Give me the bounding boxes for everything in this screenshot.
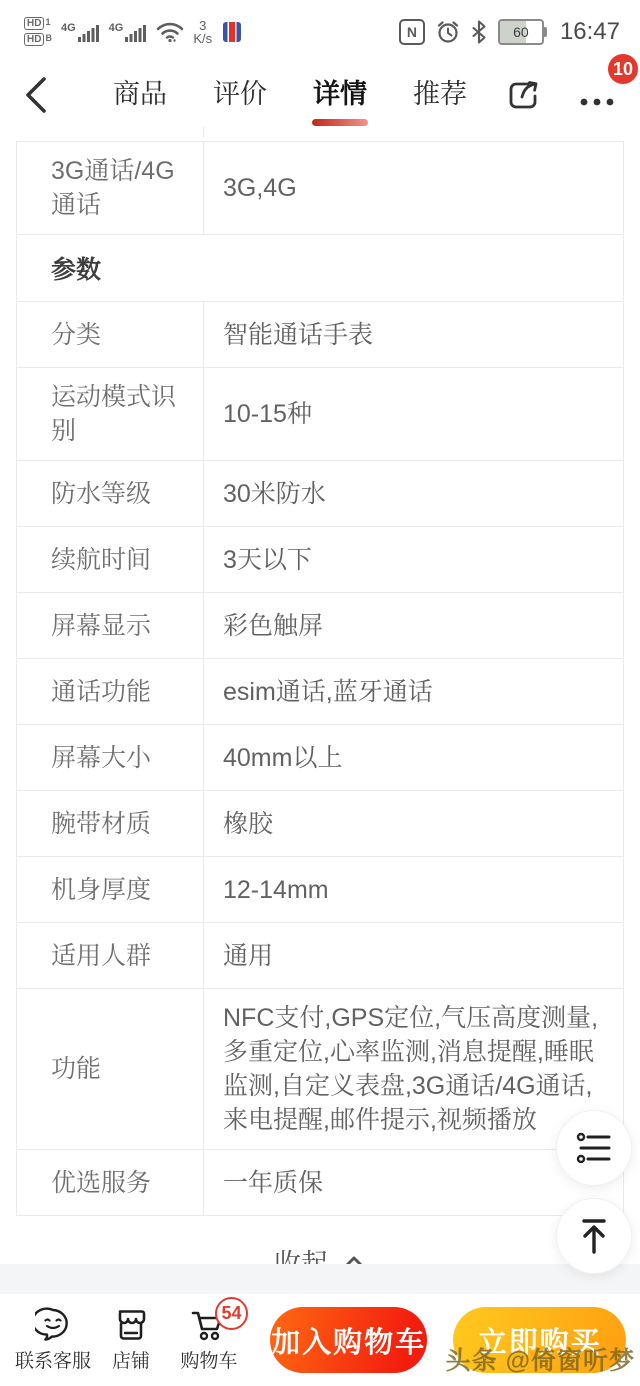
spec-label: 续航时间 (17, 527, 204, 592)
wifi-icon (156, 21, 184, 43)
spec-list-icon (576, 1131, 612, 1165)
table-row: 分类智能通话手表 (17, 301, 623, 367)
table-row: 优选服务一年质保 (17, 1149, 623, 1215)
spec-list-fab[interactable] (556, 1110, 632, 1186)
spec-label: 3G通话/4G通话 (17, 142, 204, 234)
spec-value: 橡胶 (204, 791, 623, 856)
spec-label: 适用人群 (17, 923, 204, 988)
speed-unit: K/s (193, 32, 212, 45)
signal-sim2-icon: 4G (109, 22, 148, 42)
back-chevron-icon (20, 74, 50, 116)
clock-time: 16:47 (560, 18, 620, 46)
back-to-top-icon (576, 1217, 612, 1255)
spec-label: 优选服务 (17, 1150, 204, 1215)
spec-value: 3G,4G (204, 142, 623, 234)
spec-label: 功能 (17, 989, 204, 1149)
active-tab-underline (312, 119, 368, 126)
spec-value: 40mm以上 (204, 725, 623, 790)
hd1-sub: 1 (45, 17, 50, 27)
nav-bar: 商品 评价 详情 推荐 10 (0, 59, 640, 131)
shop-label: 店铺 (112, 1346, 150, 1373)
customer-service-icon (35, 1307, 71, 1343)
table-row: 屏幕大小40mm以上 (17, 724, 623, 790)
signal-bars-icon (78, 22, 100, 42)
battery-level: 60 (513, 24, 529, 40)
tab-reviews[interactable]: 评价 (213, 77, 267, 113)
table-divider-remnant (203, 127, 204, 137)
spec-value: 通用 (204, 923, 623, 988)
back-button[interactable] (20, 74, 78, 116)
spec-label: 通话功能 (17, 659, 204, 724)
alarm-icon (436, 20, 460, 44)
table-row: 功能NFC支付,GPS定位,气压高度测量,多重定位,心率监测,消息提醒,睡眠监测… (17, 988, 623, 1149)
tab-details[interactable]: 详情 (313, 77, 367, 113)
spec-label: 运动模式识别 (17, 368, 204, 460)
shop-button[interactable]: 店铺 (92, 1307, 170, 1373)
spec-value: 彩色触屏 (204, 593, 623, 658)
bluetooth-icon (471, 20, 487, 44)
shop-icon (113, 1307, 149, 1343)
spec-table: 3G通话/4G通话3G,4G参数分类智能通话手表运动模式识别10-15种防水等级… (16, 141, 624, 1216)
hd2-sub: B (45, 33, 52, 43)
spec-label: 防水等级 (17, 461, 204, 526)
table-row: 续航时间3天以下 (17, 526, 623, 592)
page-background-strip (0, 1264, 640, 1294)
table-row: 3G通话/4G通话3G,4G (17, 142, 623, 234)
signal-bars-icon (125, 22, 147, 42)
table-row: 运动模式识别10-15种 (17, 367, 623, 460)
table-row: 防水等级30米防水 (17, 460, 623, 526)
watermark-text: 头条 @倚窗听梦 (446, 1341, 635, 1377)
more-button[interactable]: 10 (576, 74, 620, 116)
status-bar: HD1 HDB 4G 4G (0, 0, 640, 59)
hd2-icon: HD (24, 33, 44, 46)
tab-product[interactable]: 商品 (113, 77, 167, 113)
spec-value: NFC支付,GPS定位,气压高度测量,多重定位,心率监测,消息提醒,睡眠监测,自… (204, 989, 623, 1149)
add-to-cart-button[interactable]: 加入购物车 (270, 1307, 427, 1373)
volte-hd-icon: HD1 HDB (24, 17, 52, 46)
contact-service-label: 联系客服 (15, 1346, 91, 1373)
table-row: 适用人群通用 (17, 922, 623, 988)
table-row: 机身厚度12-14mm (17, 856, 623, 922)
nfc-icon: N (399, 19, 425, 45)
spec-label: 腕带材质 (17, 791, 204, 856)
back-to-top-fab[interactable] (556, 1198, 632, 1274)
table-row: 屏幕显示彩色触屏 (17, 592, 623, 658)
hd1-icon: HD (24, 17, 44, 30)
signal-sim1-icon: 4G (61, 22, 100, 42)
share-icon[interactable] (502, 74, 544, 116)
spec-label: 机身厚度 (17, 857, 204, 922)
nav-tabs: 商品 评价 详情 推荐 (78, 77, 502, 113)
spec-value: 12-14mm (204, 857, 623, 922)
network-speed: 3 K/s (193, 19, 212, 45)
spec-label: 屏幕大小 (17, 725, 204, 790)
spec-value: 30米防水 (204, 461, 623, 526)
status-app-icon (223, 22, 241, 42)
cart-label: 购物车 (180, 1346, 237, 1373)
contact-service-button[interactable]: 联系客服 (14, 1307, 92, 1373)
spec-value: 3天以下 (204, 527, 623, 592)
tab-recommend[interactable]: 推荐 (413, 77, 467, 113)
notification-badge: 10 (608, 54, 638, 84)
battery-icon: 60 (498, 19, 547, 45)
spec-label: 屏幕显示 (17, 593, 204, 658)
speed-value: 3 (199, 19, 206, 32)
table-row: 腕带材质橡胶 (17, 790, 623, 856)
table-section-header: 参数 (17, 234, 623, 301)
cart-button[interactable]: 购物车 54 (170, 1307, 248, 1373)
spec-label: 分类 (17, 302, 204, 367)
spec-value: 10-15种 (204, 368, 623, 460)
table-row: 通话功能esim通话,蓝牙通话 (17, 658, 623, 724)
cart-count-badge: 54 (215, 1297, 248, 1330)
spec-value: 智能通话手表 (204, 302, 623, 367)
detail-content: 3G通话/4G通话3G,4G参数分类智能通话手表运动模式识别10-15种防水等级… (0, 131, 640, 1305)
spec-value: esim通话,蓝牙通话 (204, 659, 623, 724)
phone-screen: HD1 HDB 4G 4G (0, 0, 640, 1386)
